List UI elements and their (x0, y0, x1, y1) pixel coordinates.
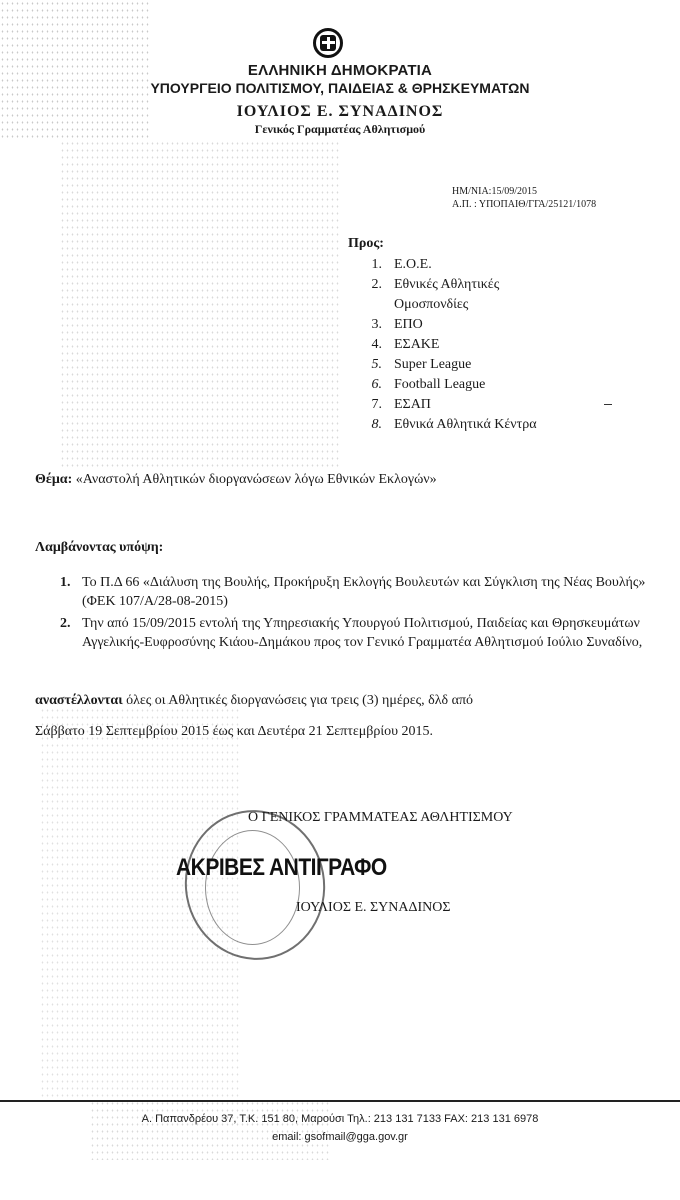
scan-noise (90, 1100, 330, 1160)
recipient-number: 1. (360, 257, 382, 273)
considering-title: Λαμβάνοντας υπόψη: (35, 540, 163, 556)
subject-text: «Αναστολή Αθλητικών διοργανώσεων λόγω Εθ… (76, 472, 437, 487)
certified-copy-stamp: ΑΚΡΙΒΕΣ ΑΝΤΙΓΡΑΦΟ (176, 854, 387, 882)
recipient-name: ΕΣΑΠ (394, 397, 431, 413)
recipient-name: Ομοσπονδίες (394, 297, 468, 313)
footer-address: Α. Παπανδρέου 37, Τ.Κ. 151 80, Μαρούσι Τ… (0, 1113, 680, 1125)
recipient-name: Football League (394, 377, 485, 393)
recipient-number: 5. (360, 357, 382, 373)
footer-divider (0, 1100, 680, 1102)
official-stamp-inner (205, 830, 300, 945)
item-text: Την από 15/09/2015 εντολή της Υπηρεσιακή… (82, 614, 662, 652)
recipient-name: Εθνικές Αθλητικές (394, 277, 499, 293)
footer-email: email: gsofmail@gga.gov.gr (0, 1131, 680, 1143)
signature-title: Ο ΓΕΝΙΚΟΣ ΓΡΑΜΜΑΤΕΑΣ ΑΘΛΗΤΙΣΜΟΥ (248, 810, 513, 826)
decision-verb: αναστέλλονται (35, 693, 123, 708)
recipient-name: ΕΣΑΚΕ (394, 337, 439, 353)
decision-line-2: Σάββατο 19 Σεπτεμβρίου 2015 έως και Δευτ… (35, 724, 433, 740)
recipient-number: 6. (360, 377, 382, 393)
recipient-number: 2. (360, 277, 382, 293)
recipient-name: Εθνικά Αθλητικά Κέντρα (394, 417, 537, 433)
secretary-role: Γενικός Γραμματέας Αθλητισμού (0, 122, 680, 137)
decision-text: όλες οι Αθλητικές διοργανώσεις για τρεις… (123, 693, 473, 708)
ministry-heading: ΥΠΟΥΡΓΕΙΟ ΠΟΛΙΤΙΣΜΟΥ, ΠΑΙΔΕΙΑΣ & ΘΡΗΣΚΕΥ… (0, 80, 680, 96)
signature-name: ΙΟΥΛΙΟΣ Ε. ΣΥΝΑΔΙΝΟΣ (296, 900, 451, 916)
greek-coat-of-arms-icon (313, 28, 343, 58)
recipient-name: Ε.Ο.Ε. (394, 257, 432, 273)
recipient-number: 7. (360, 397, 382, 413)
recipient-name: Super League (394, 357, 471, 373)
item-number: 2. (60, 614, 71, 633)
scan-noise (60, 140, 340, 470)
protocol-number: Α.Π. : ΥΠΟΠΑΙΘ/ΓΓΑ/25121/1078 (452, 199, 596, 210)
recipient-number: 4. (360, 337, 382, 353)
recipient-number: 8. (360, 417, 382, 433)
secretary-name: ΙΟΥΛΙΟΣ Ε. ΣΥΝΑΔΙΝΟΣ (0, 103, 680, 121)
republic-heading: ΕΛΛΗΝΙΚΗ ΔΗΜΟΚΡΑΤΙΑ (0, 62, 680, 79)
recipient-number: 3. (360, 317, 382, 333)
decision-line-1: αναστέλλονται όλες οι Αθλητικές διοργανώ… (35, 693, 473, 709)
recipients-title: Προς: (348, 236, 384, 252)
item-text: Το Π.Δ 66 «Διάλυση της Βουλής, Προκήρυξη… (82, 573, 662, 611)
document-date: ΗΜ/ΝΙΑ:15/09/2015 (452, 186, 537, 197)
recipient-name: ΕΠΟ (394, 317, 423, 333)
item-number: 1. (60, 573, 71, 592)
subject-line: Θέμα: «Αναστολή Αθλητικών διοργανώσεων λ… (35, 472, 437, 488)
scan-mark (604, 404, 612, 405)
subject-label: Θέμα: (35, 472, 72, 487)
